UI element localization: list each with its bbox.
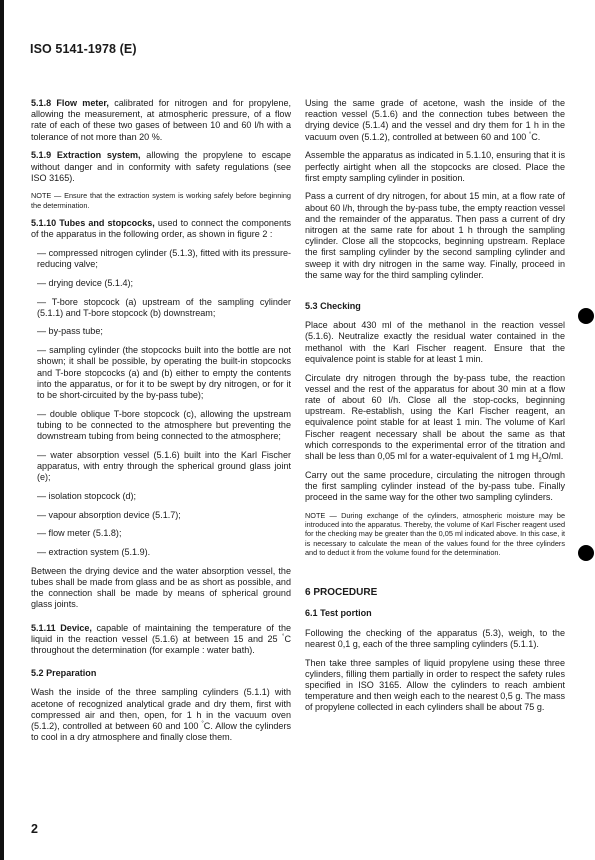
scan-edge-bar xyxy=(0,0,4,860)
list-item: — T-bore stopcock (a) upstream of the sa… xyxy=(31,297,291,319)
paragraph: Circulate dry nitrogen through the by-pa… xyxy=(305,373,565,463)
paragraph: Following the checking of the apparatus … xyxy=(305,628,565,650)
paragraph: Using the same grade of acetone, wash th… xyxy=(305,98,565,143)
section-heading-5-3: 5.3 Checking xyxy=(305,301,565,312)
section-heading-5-2: 5.2 Preparation xyxy=(31,668,291,679)
section-number: 5.1.10 xyxy=(31,218,56,228)
document-id: ISO 5141-1978 (E) xyxy=(30,42,137,56)
left-column: 5.1.8 Flow meter, calibrated for nitroge… xyxy=(31,98,291,751)
section-number: 5.1.8 xyxy=(31,98,51,108)
paragraph-text: C. xyxy=(531,132,540,142)
note-cylinder-exchange: NOTE — During exchange of the cylinders,… xyxy=(305,511,565,557)
list-item: — flow meter (5.1.8); xyxy=(31,528,291,539)
punch-hole-dot-icon xyxy=(578,308,594,324)
paragraph-text: Using the same grade of acetone, wash th… xyxy=(305,98,565,142)
section-title: Device, xyxy=(60,623,92,633)
section-number: 5.1.11 xyxy=(31,623,56,633)
paragraph: Between the drying device and the water … xyxy=(31,566,291,611)
list-item: — compressed nitrogen cylinder (5.1.3), … xyxy=(31,248,291,270)
paragraph: Wash the inside of the three sampling cy… xyxy=(31,687,291,743)
paragraph: Place about 430 ml of the methanol in th… xyxy=(305,320,565,365)
section-number: 5.1.9 xyxy=(31,150,51,160)
paragraph: Then take three samples of liquid propyl… xyxy=(305,658,565,714)
page-number: 2 xyxy=(31,822,38,836)
section-5-1-9: 5.1.9 Extraction system, allowing the pr… xyxy=(31,150,291,184)
list-item: — double oblique T-bore stopcock (c), al… xyxy=(31,409,291,443)
section-title: Flow meter, xyxy=(56,98,109,108)
section-5-1-11: 5.1.11 Device, capable of maintaining th… xyxy=(31,623,291,657)
section-5-1-8: 5.1.8 Flow meter, calibrated for nitroge… xyxy=(31,98,291,143)
right-column: Using the same grade of acetone, wash th… xyxy=(305,98,565,721)
list-item: — by-pass tube; xyxy=(31,326,291,337)
paragraph: Carry out the same procedure, circulatin… xyxy=(305,470,565,504)
list-item: — extraction system (5.1.9). xyxy=(31,547,291,558)
paragraph-text: O/ml. xyxy=(542,451,564,461)
section-title: Extraction system, xyxy=(57,150,141,160)
list-item: — sampling cylinder (the stopcocks built… xyxy=(31,345,291,401)
list-item: — drying device (5.1.4); xyxy=(31,278,291,289)
list-item: — water absorption vessel (5.1.6) built … xyxy=(31,450,291,484)
list-item: — vapour absorption device (5.1.7); xyxy=(31,510,291,521)
paragraph: Assemble the apparatus as indicated in 5… xyxy=(305,150,565,184)
note-extraction: NOTE — Ensure that the extraction system… xyxy=(31,191,291,210)
section-heading-6: 6 PROCEDURE xyxy=(305,587,565,598)
section-5-1-10: 5.1.10 Tubes and stopcocks, used to conn… xyxy=(31,218,291,240)
punch-hole-dot-icon xyxy=(578,545,594,561)
paragraph: Pass a current of dry nitrogen, for abou… xyxy=(305,191,565,281)
paragraph-text: Circulate dry nitrogen through the by-pa… xyxy=(305,373,565,461)
section-heading-6-1: 6.1 Test portion xyxy=(305,608,565,619)
section-title: Tubes and stopcocks, xyxy=(59,218,155,228)
list-item: — isolation stopcock (d); xyxy=(31,491,291,502)
